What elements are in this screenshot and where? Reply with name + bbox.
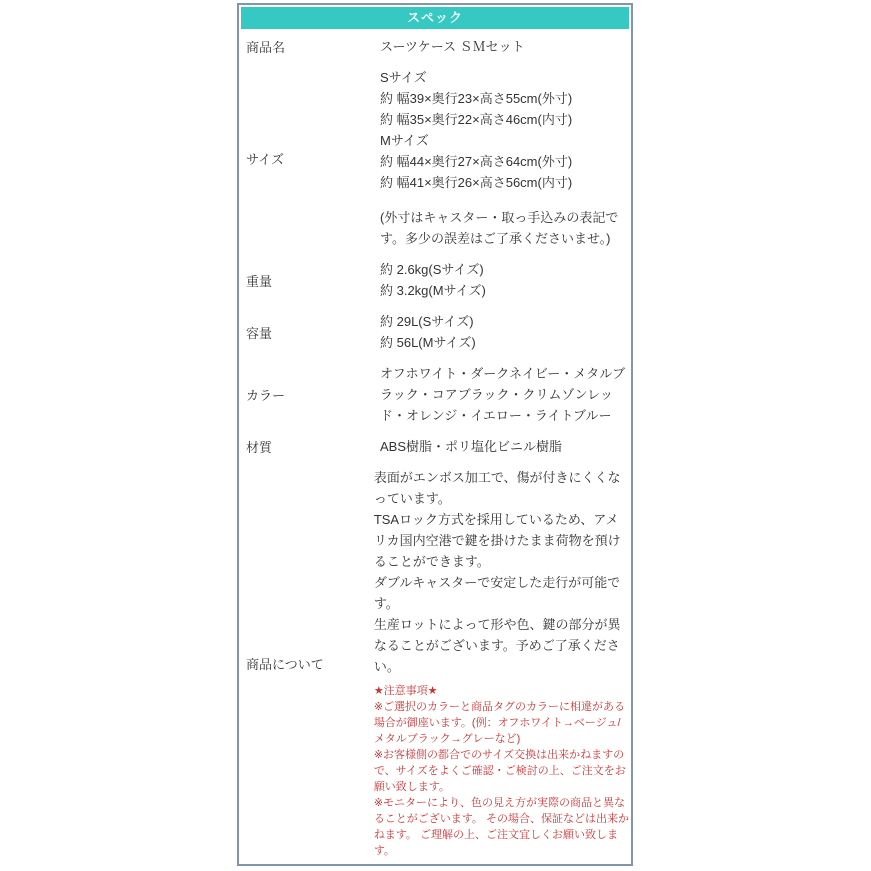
value-line: TSAロック方式を採用しているため、アメ xyxy=(374,509,629,530)
value-line: っています。 xyxy=(374,488,629,509)
value-line: Mサイズ xyxy=(380,130,629,151)
table-row: サイズSサイズ約 幅39×奥行23×高さ55cm(外寸)約 幅35×奥行22×高… xyxy=(239,62,631,254)
table-row: 材質ABS樹脂・ポリ塩化ビニル樹脂 xyxy=(239,431,631,462)
value-line: ABS樹脂・ポリ塩化ビニル樹脂 xyxy=(380,436,629,457)
value-paragraph: 表面がエンボス加工で、傷が付きにくくなっています。TSAロック方式を採用している… xyxy=(374,467,629,677)
value-line: ラック・コアブラック・クリムゾンレッ xyxy=(380,384,629,405)
row-value: 表面がエンボス加工で、傷が付きにくくなっています。TSAロック方式を採用している… xyxy=(374,462,631,864)
value-line: 約 3.2kg(Mサイズ) xyxy=(380,280,629,301)
row-label: 容量 xyxy=(239,306,380,358)
value-line: メタルブラック→グレーなど) xyxy=(374,731,629,747)
row-label: 重量 xyxy=(239,254,380,306)
row-value: ABS樹脂・ポリ塩化ビニル樹脂 xyxy=(380,431,631,462)
value-line: 約 幅35×奥行22×高さ46cm(内寸) xyxy=(380,109,629,130)
value-line: 約 幅44×奥行27×高さ64cm(外寸) xyxy=(380,151,629,172)
value-line: ※お客様側の都合でのサイズ交換は出来かねますの xyxy=(374,747,629,763)
value-line: なることがございます。予めご了承くださ xyxy=(374,635,629,656)
row-label: サイズ xyxy=(239,62,380,254)
value-line: スーツケース ＳＭセット xyxy=(380,36,629,57)
value-line: オフホワイト・ダークネイビー・メタルブ xyxy=(380,363,629,384)
value-line: ることがございます。 その場合、保証などは出来か xyxy=(374,811,629,827)
value-paragraph: 約 2.6kg(Sサイズ)約 3.2kg(Mサイズ) xyxy=(380,259,629,301)
value-line: ※ご選択のカラーと商品タグのカラーに相違がある xyxy=(374,699,629,715)
value-line: ねます。 ご理解の上、ご注文宜しくお願い致しま xyxy=(374,827,629,843)
value-paragraph: ABS樹脂・ポリ塩化ビニル樹脂 xyxy=(380,436,629,457)
value-line: す。 xyxy=(374,843,629,859)
value-line: ド・オレンジ・イエロー・ライトブルー xyxy=(380,405,629,426)
table-row: 商品名スーツケース ＳＭセット xyxy=(239,31,631,62)
value-paragraph: 約 29L(Sサイズ)約 56L(Mサイズ) xyxy=(380,311,629,353)
row-value: 約 2.6kg(Sサイズ)約 3.2kg(Mサイズ) xyxy=(380,254,631,306)
row-value: 約 29L(Sサイズ)約 56L(Mサイズ) xyxy=(380,306,631,358)
value-paragraph: オフホワイト・ダークネイビー・メタルブラック・コアブラック・クリムゾンレッド・オ… xyxy=(380,363,629,426)
value-line: で、サイズをよくご確認・ご検討の上、ご注文をお xyxy=(374,763,629,779)
value-line: リカ国内空港で鍵を掛けたまま荷物を預け xyxy=(374,530,629,551)
spec-table-header: スペック xyxy=(241,7,629,29)
page: { "header": { "title": "スペック" }, "colors… xyxy=(0,0,871,871)
table-row: 商品について表面がエンボス加工で、傷が付きにくくなっています。TSAロック方式を… xyxy=(239,462,631,864)
value-paragraph: (外寸はキャスター・取っ手込みの表記です。多少の誤差はご了承くださいませ。) xyxy=(380,207,629,249)
row-label: 商品について xyxy=(239,462,374,864)
value-line: Sサイズ xyxy=(380,67,629,88)
row-label: 商品名 xyxy=(239,31,380,62)
row-label: 材質 xyxy=(239,431,380,462)
value-line: ダブルキャスターで安定した走行が可能で xyxy=(374,572,629,593)
value-line: い。 xyxy=(374,656,629,677)
spec-table: スペック 商品名スーツケース ＳＭセットサイズSサイズ約 幅39×奥行23×高さ… xyxy=(237,3,633,866)
value-line: 場合が御座います。(例：オフホワイト→ベージュ/ xyxy=(374,715,629,731)
value-line: 約 幅39×奥行23×高さ55cm(外寸) xyxy=(380,88,629,109)
table-row: 容量約 29L(Sサイズ)約 56L(Mサイズ) xyxy=(239,306,631,358)
row-value: オフホワイト・ダークネイビー・メタルブラック・コアブラック・クリムゾンレッド・オ… xyxy=(380,358,631,431)
value-line: ★注意事項★ xyxy=(374,683,629,699)
value-line: 約 幅41×奥行26×高さ56cm(内寸) xyxy=(380,172,629,193)
value-paragraph: スーツケース ＳＭセット xyxy=(380,36,629,57)
row-label: カラー xyxy=(239,358,380,431)
row-value: スーツケース ＳＭセット xyxy=(380,31,631,62)
value-line: 約 29L(Sサイズ) xyxy=(380,311,629,332)
value-line: 約 2.6kg(Sサイズ) xyxy=(380,259,629,280)
value-line: 表面がエンボス加工で、傷が付きにくくな xyxy=(374,467,629,488)
value-line: ※モニターにより、色の見え方が実際の商品と異な xyxy=(374,795,629,811)
value-line: (外寸はキャスター・取っ手込みの表記で xyxy=(380,207,629,228)
value-line: ることができます。 xyxy=(374,551,629,572)
row-value: Sサイズ約 幅39×奥行23×高さ55cm(外寸)約 幅35×奥行22×高さ46… xyxy=(380,62,631,254)
spec-table-body: 商品名スーツケース ＳＭセットサイズSサイズ約 幅39×奥行23×高さ55cm(… xyxy=(239,31,631,864)
value-line: す。多少の誤差はご了承くださいませ。) xyxy=(380,228,629,249)
value-line: 生産ロットによって形や色、鍵の部分が異 xyxy=(374,614,629,635)
table-row: カラーオフホワイト・ダークネイビー・メタルブラック・コアブラック・クリムゾンレッ… xyxy=(239,358,631,431)
value-line: す。 xyxy=(374,593,629,614)
value-line: 約 56L(Mサイズ) xyxy=(380,332,629,353)
value-line: 願い致します。 xyxy=(374,779,629,795)
note-paragraph: ★注意事項★※ご選択のカラーと商品タグのカラーに相違がある場合が御座います。(例… xyxy=(374,683,629,859)
table-row: 重量約 2.6kg(Sサイズ)約 3.2kg(Mサイズ) xyxy=(239,254,631,306)
value-paragraph: Sサイズ約 幅39×奥行23×高さ55cm(外寸)約 幅35×奥行22×高さ46… xyxy=(380,67,629,193)
